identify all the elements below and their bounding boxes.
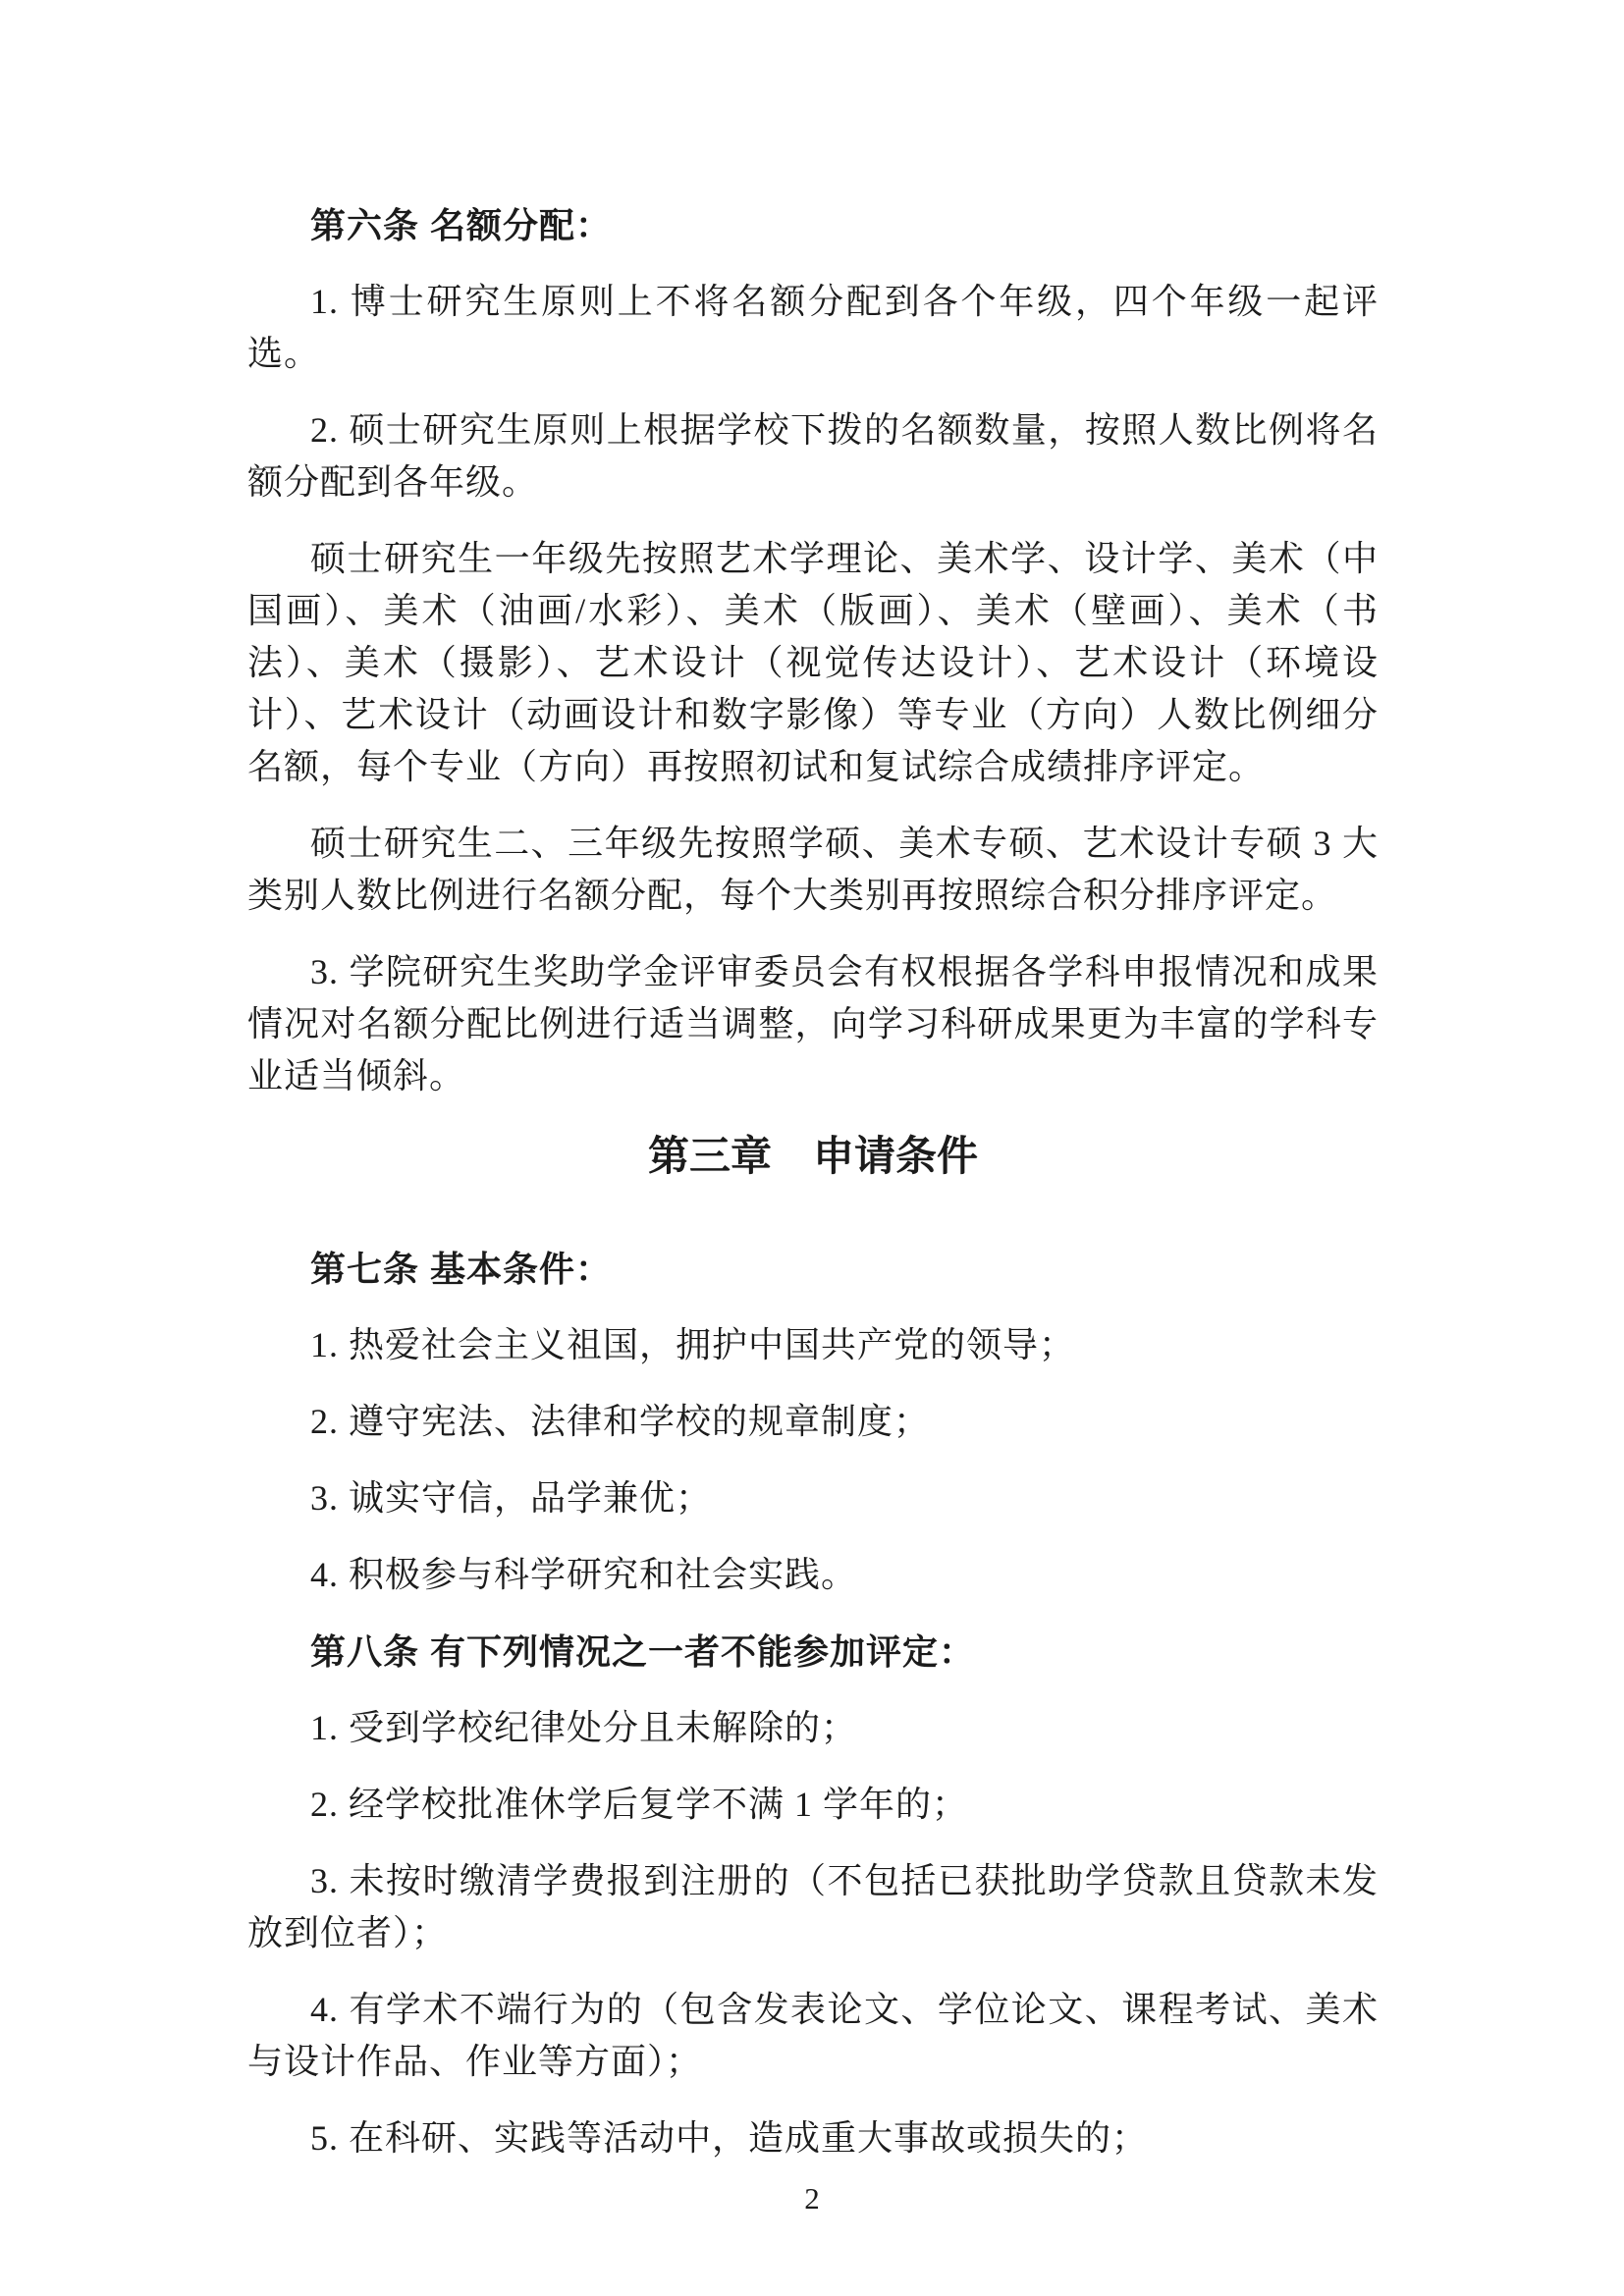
paragraph: 2. 硕士研究生原则上根据学校下拨的名额数量，按照人数比例将名额分配到各年级。 [247, 404, 1379, 508]
article-heading-6: 第六条 名额分配： [247, 199, 1379, 251]
paragraph: 5. 在科研、实践等活动中，造成重大事故或损失的； [247, 2112, 1379, 2164]
document-page: 第六条 名额分配： 1. 博士研究生原则上不将名额分配到各个年级，四个年级一起评… [0, 0, 1624, 2296]
article-heading-7: 第七条 基本条件： [247, 1243, 1379, 1295]
paragraph: 4. 有学术不端行为的（包含发表论文、学位论文、课程考试、美术与设计作品、作业等… [247, 1984, 1379, 2088]
paragraph: 3. 学院研究生奖助学金评审委员会有权根据各学科申报情况和成果情况对名额分配比例… [247, 946, 1379, 1102]
document-body: 第六条 名额分配： 1. 博士研究生原则上不将名额分配到各个年级，四个年级一起评… [247, 199, 1379, 2189]
paragraph: 4. 积极参与科学研究和社会实践。 [247, 1549, 1379, 1601]
page-number: 2 [0, 2181, 1624, 2216]
paragraph: 1. 博士研究生原则上不将名额分配到各个年级，四个年级一起评选。 [247, 276, 1379, 380]
paragraph: 硕士研究生一年级先按照艺术学理论、美术学、设计学、美术（中国画）、美术（油画/水… [247, 533, 1379, 793]
paragraph: 3. 未按时缴清学费报到注册的（不包括已获批助学贷款且贷款未发放到位者）； [247, 1855, 1379, 1959]
article-heading-8: 第八条 有下列情况之一者不能参加评定： [247, 1626, 1379, 1678]
paragraph: 3. 诚实守信，品学兼优； [247, 1472, 1379, 1524]
chapter-heading-3: 第三章 申请条件 [247, 1127, 1379, 1186]
paragraph: 硕士研究生二、三年级先按照学硕、美术专硕、艺术设计专硕 3 大类别人数比例进行名… [247, 818, 1379, 922]
paragraph: 2. 遵守宪法、法律和学校的规章制度； [247, 1396, 1379, 1448]
paragraph: 1. 热爱社会主义祖国，拥护中国共产党的领导； [247, 1319, 1379, 1371]
paragraph: 1. 受到学校纪律处分且未解除的； [247, 1702, 1379, 1754]
paragraph: 2. 经学校批准休学后复学不满 1 学年的； [247, 1779, 1379, 1831]
